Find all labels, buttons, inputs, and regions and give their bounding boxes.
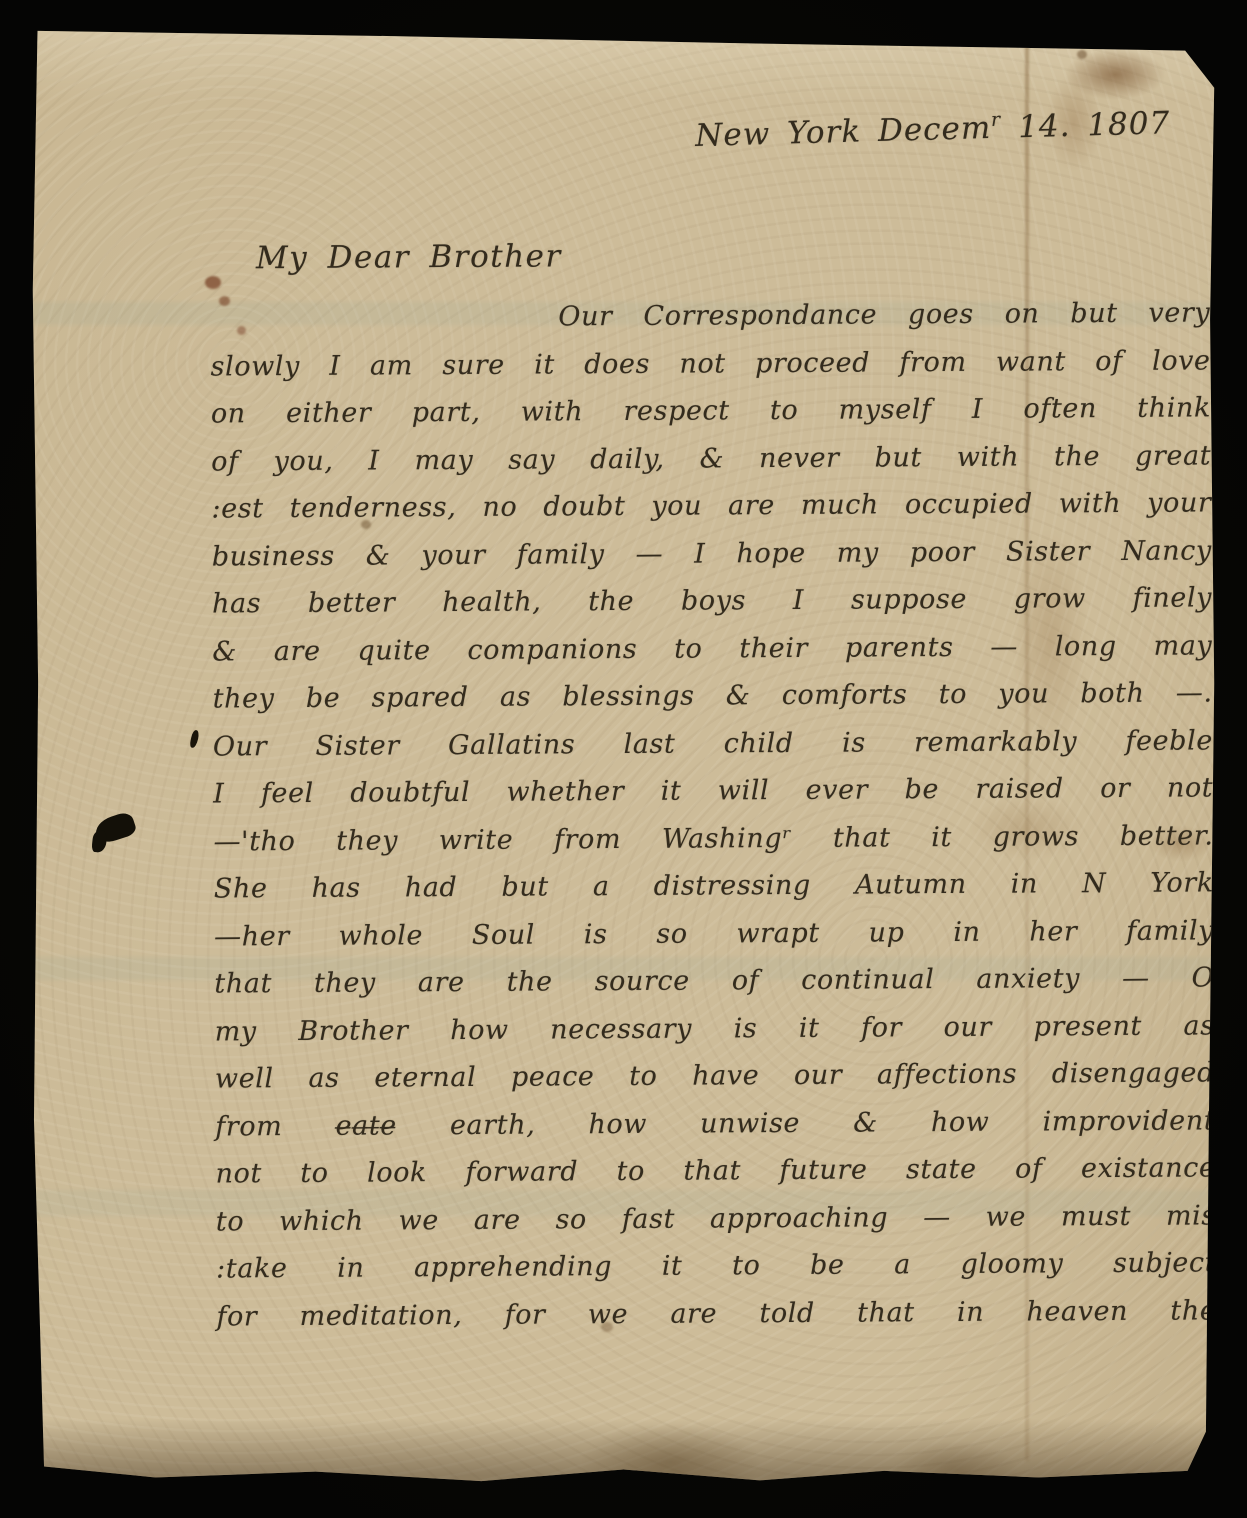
- body-line: Our Sister Gallatins last child is remar…: [213, 725, 1213, 779]
- letter-body: Our Correspondance goes on but very slow…: [210, 297, 1216, 1348]
- scan-background: New York Decemr 14. 1807 My Dear Brother…: [0, 0, 1247, 1518]
- body-line: I feel doubtful whether it will ever be …: [213, 772, 1213, 826]
- body-line: business & your family — I hope my poor …: [212, 535, 1212, 589]
- body-line: for meditation, for we are told that in …: [216, 1295, 1216, 1349]
- body-line: She has had but a distressing Autumn in …: [214, 867, 1214, 921]
- body-line: Our Correspondance goes on but very: [210, 297, 1210, 351]
- body-line: :take in apprehending it to be a gloomy …: [216, 1247, 1216, 1301]
- body-line: from e̶a̶t̶e̶ earth, how unwise & how im…: [215, 1105, 1215, 1159]
- body-line: well as eternal peace to have our affect…: [215, 1057, 1215, 1111]
- dateline-place-month: New York Decem: [695, 110, 992, 154]
- letter-page: New York Decemr 14. 1807 My Dear Brother…: [31, 28, 1216, 1484]
- body-line: has better health, the boys I suppose gr…: [212, 582, 1212, 636]
- body-line: my Brother how necessary is it for our p…: [215, 1010, 1215, 1064]
- body-line: not to look forward to that future state…: [215, 1152, 1215, 1206]
- body-line: they be spared as blessings & comforts t…: [213, 677, 1213, 731]
- salutation: My Dear Brother: [256, 238, 562, 276]
- dateline-day-year: 14. 1807: [1001, 105, 1171, 146]
- body-line: that they are the source of continual an…: [214, 962, 1214, 1016]
- body-line: on either part, with respect to myself I…: [211, 392, 1211, 446]
- letter-text: New York Decemr 14. 1807 My Dear Brother…: [27, 24, 1221, 1487]
- body-line: —'tho they write from Washingʳ that it g…: [213, 820, 1213, 874]
- body-line: slowly I am sure it does not proceed fro…: [211, 345, 1211, 399]
- body-line: of you, I may say daily, & never but wit…: [211, 440, 1211, 494]
- body-line: —her whole Soul is so wrapt up in her fa…: [214, 915, 1214, 969]
- body-line: :est tenderness, no doubt you are much o…: [211, 487, 1211, 541]
- body-line: to which we are so fast approaching — we…: [216, 1200, 1216, 1254]
- body-line: & are quite companions to their parents …: [212, 630, 1212, 684]
- dateline: New York Decemr 14. 1807: [695, 103, 1216, 154]
